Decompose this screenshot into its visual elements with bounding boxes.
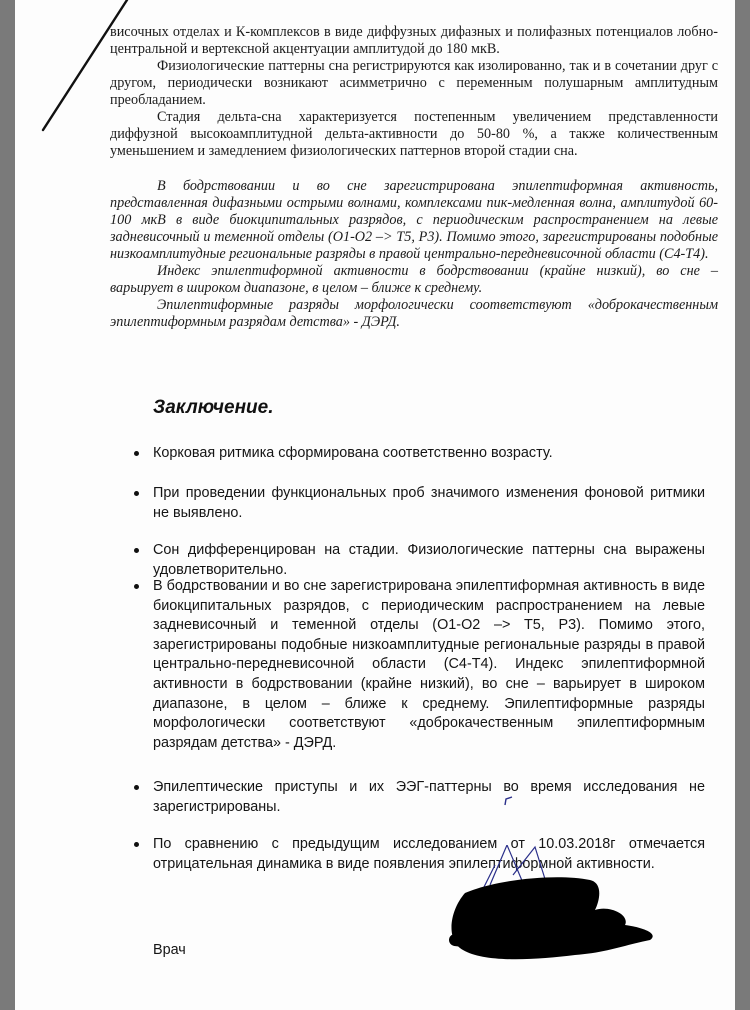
paragraph-sleep-3: Стадия дельта-сна характеризуется постеп… — [110, 109, 718, 160]
conclusion-item: Корковая ритмика сформирована соответств… — [133, 444, 705, 464]
conclusion-item-text: Эпилептические приступы и их ЭЭГ-паттерн… — [153, 779, 705, 815]
bullet-icon — [134, 584, 139, 589]
conclusion-item-text: Сон дифференцирован на стадии. Физиологи… — [153, 542, 705, 578]
bullet-icon — [134, 491, 139, 496]
paragraph-epileptiform-2: Индекс эпилептиформной активности в бодр… — [110, 263, 718, 297]
bullet-icon — [134, 842, 139, 847]
epileptiform-description-section: В бодрствовании и во сне зарегистрирован… — [110, 178, 718, 331]
paragraph-epileptiform-3: Эпилептиформные разряды морфологически с… — [110, 297, 718, 331]
paragraph-epileptiform-1: В бодрствовании и во сне зарегистрирован… — [110, 178, 718, 263]
conclusion-item-text: При проведении функциональных проб значи… — [153, 485, 705, 521]
bullet-icon — [134, 451, 139, 456]
bullet-icon — [134, 785, 139, 790]
conclusion-item-text: По сравнению с предыдущим исследованием … — [153, 836, 705, 872]
bullet-icon — [134, 548, 139, 553]
sleep-description-section: височных отделах и К-комплексов в виде д… — [110, 24, 718, 160]
conclusion-item: Сон дифференцирован на стадии. Физиологи… — [133, 541, 705, 580]
doctor-label: Врач — [153, 942, 186, 958]
conclusion-item: Эпилептические приступы и их ЭЭГ-паттерн… — [133, 778, 705, 817]
conclusion-item-text: В бодрствовании и во сне зарегистрирован… — [153, 578, 705, 751]
conclusion-item: По сравнению с предыдущим исследованием … — [133, 835, 705, 874]
paragraph-sleep-1: височных отделах и К-комплексов в виде д… — [110, 24, 718, 58]
conclusion-item: В бодрствовании и во сне зарегистрирован… — [133, 577, 705, 753]
conclusion-heading: Заключение. — [153, 397, 274, 419]
conclusion-item-text: Корковая ритмика сформирована соответств… — [153, 445, 553, 461]
conclusion-item: При проведении функциональных проб значи… — [133, 484, 705, 523]
document-page: височных отделах и К-комплексов в виде д… — [15, 0, 735, 1010]
paragraph-sleep-2: Физиологические паттерны сна регистрирую… — [110, 58, 718, 109]
